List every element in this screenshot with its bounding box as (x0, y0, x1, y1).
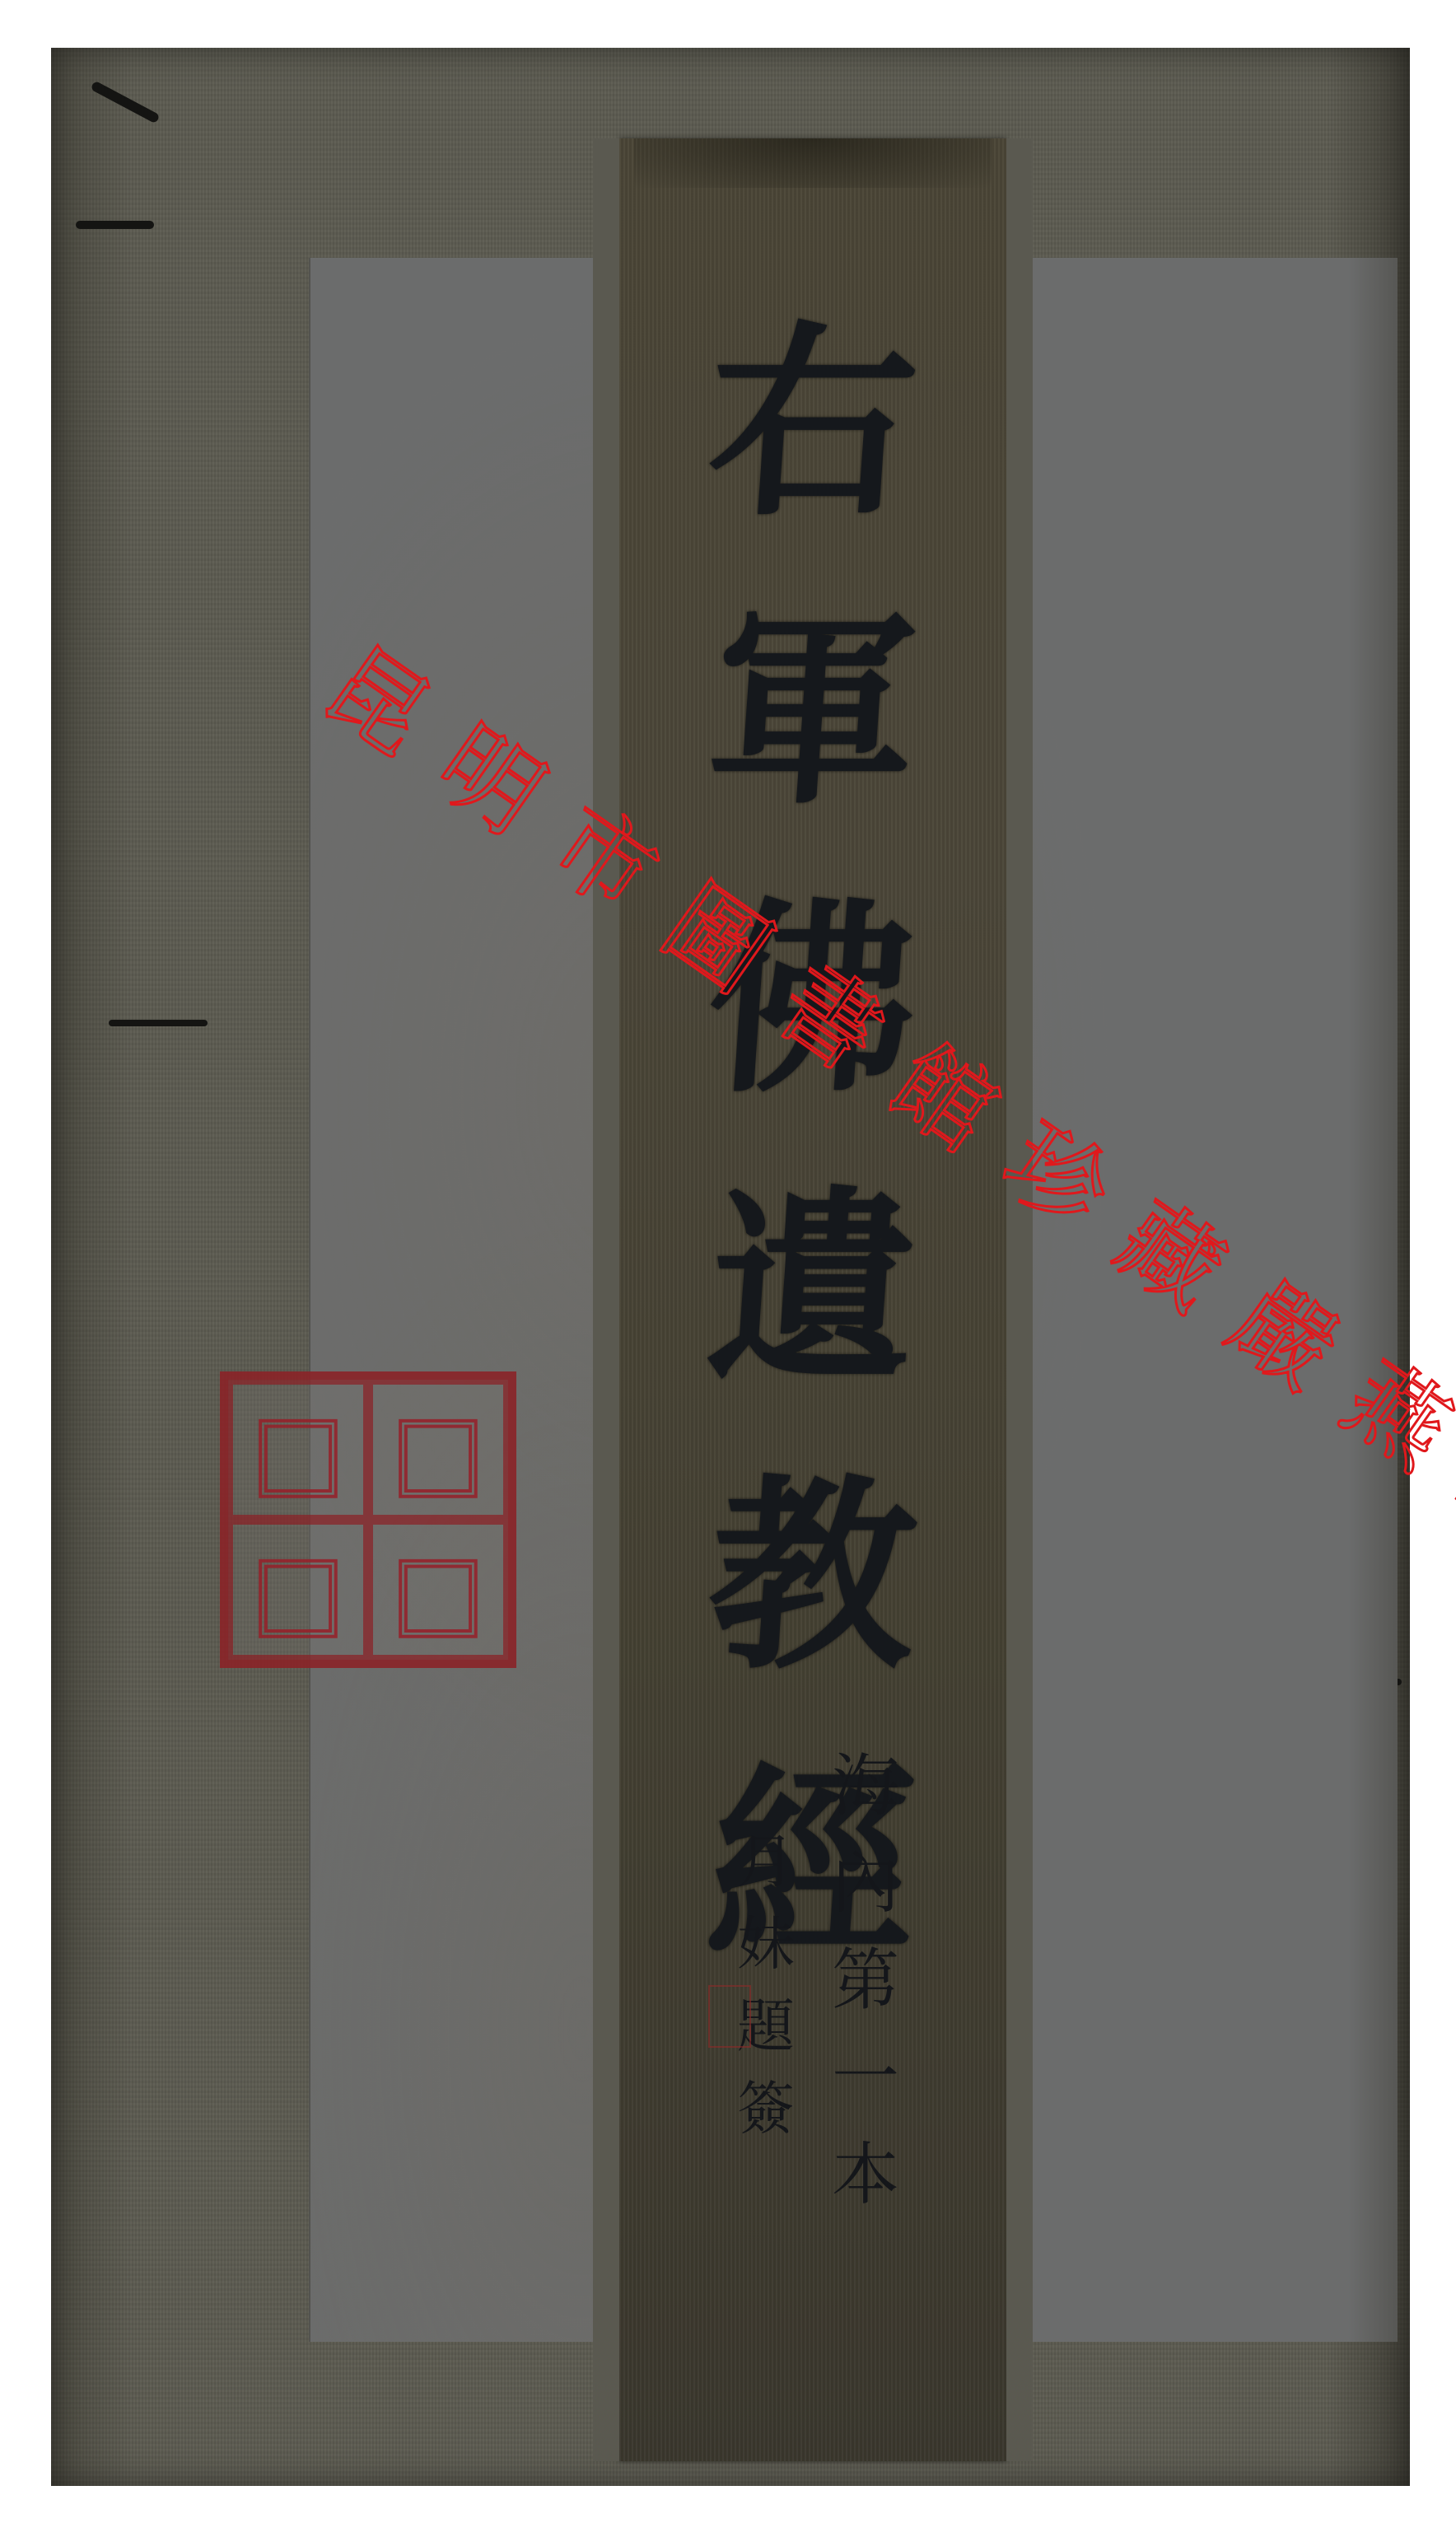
signature-char: 簽 (737, 2067, 795, 2150)
title-label-strip: 右 軍 佛 遺 教 經 (619, 138, 1006, 2461)
signature-char: 月 (737, 1820, 795, 1903)
seal-char: □ (368, 1520, 508, 1660)
seal-char: □ (228, 1380, 368, 1520)
strip-mount-left (593, 138, 619, 2461)
damage-mark (90, 81, 160, 124)
inscription-char: 一 (832, 2030, 899, 2127)
inscription-column: 海 內 第 一 本 (832, 1738, 899, 2224)
signature-char: 妹 (737, 1903, 795, 1985)
inscription-char: 內 (832, 1835, 899, 1932)
panel-edge-shadow (1348, 258, 1398, 2342)
title-char: 遺 (700, 1143, 926, 1432)
small-red-seal (708, 1985, 751, 2048)
inscription-char: 海 (832, 1738, 899, 1835)
title-char: 軍 (700, 567, 926, 855)
strip-mount-right (1006, 138, 1033, 2461)
damage-mark (109, 1020, 208, 1026)
inscription-char: 第 (832, 1932, 899, 2030)
title-char: 右 (700, 278, 926, 567)
title-char: 教 (700, 1432, 926, 1720)
seal-char: □ (228, 1520, 368, 1660)
damage-mark (76, 221, 154, 229)
inscription-char: 本 (832, 2127, 899, 2224)
seal-char: □ (368, 1380, 508, 1520)
square-collector-seal: □ □ □ □ (220, 1371, 516, 1668)
